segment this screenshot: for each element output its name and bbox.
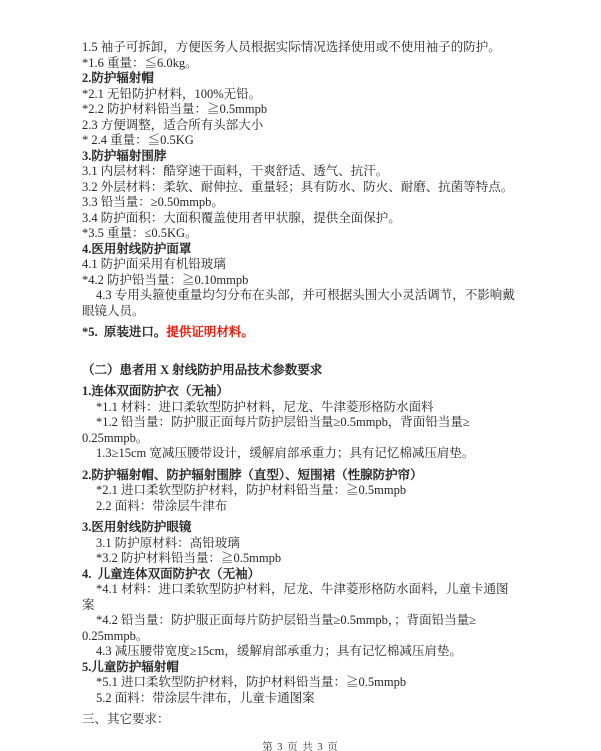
document-line: 3.4 防护面积：大面积覆盖使用者甲状腺，提供全面保护。 <box>82 211 526 227</box>
document-line: 4.3 专用头箍使重量均匀分布在头部，并可根据头围大小灵活调节，不影响戴 <box>82 288 526 304</box>
page-number-text: 第 3 页 共 3 页 <box>262 742 339 751</box>
document-line: *4.2 防护铅当量：≧0.10mmpb <box>82 273 526 289</box>
document-page: 1.5 袖子可拆卸，方便医务人员根据实际情况选择使用或不使用袖子的防护。*1.6… <box>0 0 601 751</box>
text-segment: 3.1 防护原材料：高铅玻璃 <box>96 536 240 550</box>
section-heading: 2.防护辐射帽、防护辐射围脖（直型）、短围裙（性腺防护帘） <box>82 468 526 484</box>
text-segment: 5.2 面料：带涂层牛津布，儿童卡通图案 <box>96 691 315 705</box>
text-segment: （二）患者用 X 射线防护用品技术参数要求 <box>82 363 322 377</box>
text-segment: 2.防护辐射帽 <box>82 71 154 85</box>
page-footer: 第 3 页 共 3 页 <box>0 741 601 751</box>
document-line: 案 <box>82 598 526 614</box>
document-line: *2.1 无铅防护材料，100%无铅。 <box>82 87 526 103</box>
text-segment: 4.3 专用头箍使重量均匀分布在头部，并可根据头围大小灵活调节，不影响戴 <box>96 288 515 302</box>
text-segment: 3.3 铅当量：≥0.50mmpb。 <box>82 195 224 209</box>
text-segment: 5.儿童防护辐射帽 <box>82 660 179 674</box>
text-segment: *4.2 防护铅当量：≧0.10mmpb <box>82 273 248 287</box>
text-segment: *3.2 防护材料铅当量：≧0.5mmpb <box>96 551 281 565</box>
text-segment: *4.1 材料：进口柔软型防护材料，尼龙、牛津菱形格防水面料，儿童卡通图 <box>96 582 509 596</box>
text-segment: *2.1 无铅防护材料，100%无铅。 <box>82 87 261 101</box>
document-line: 三、其它要求： <box>82 712 526 728</box>
document-line: *4.1 材料：进口柔软型防护材料，尼龙、牛津菱形格防水面料，儿童卡通图 <box>82 582 526 598</box>
text-segment: *1.1 材料：进口柔软型防护材料，尼龙、牛津菱形格防水面料 <box>96 400 434 414</box>
text-segment: 1.3≥15cm 宽减压腰带设计，缓解肩部承重力；具有记忆棉减压肩垫。 <box>96 446 474 460</box>
text-segment: 3.2 外层材料：柔软、耐伸拉、重量轻；具有防水、防火、耐磨、抗菌等特点。 <box>82 180 513 194</box>
document-line: 2.2 面料：带涂层牛津布 <box>82 499 526 515</box>
section-heading: 4.医用射线防护面罩 <box>82 242 526 258</box>
section-heading: 5.儿童防护辐射帽 <box>82 660 526 676</box>
document-line: 0.25mmpb。 <box>82 629 526 645</box>
document-line: *4.2 铅当量：防护服正面每片防护层铅当量≥0.5mmpb，；背面铅当量≥ <box>82 613 526 629</box>
text-segment: *2.2 防护材料铅当量：≧0.5mmpb <box>82 102 267 116</box>
text-segment: 3.防护辐射围脖 <box>82 149 166 163</box>
highlight-red-text: 提供证明材料。 <box>166 325 254 339</box>
document-line: 3.1 内层材料：酷穿速干面料，干爽舒适、透气、抗汗。 <box>82 164 526 180</box>
section-heading: 4. 儿童连体双面防护衣（无袖） <box>82 567 526 583</box>
document-line: *5.1 进口柔软型防护材料，防护材料铅当量：≧0.5mmpb <box>82 675 526 691</box>
text-segment: *4.2 铅当量：防护服正面每片防护层铅当量≥0.5mmpb，；背面铅当量≥ <box>96 613 476 627</box>
document-line: 眼镜人员。 <box>82 304 526 320</box>
text-segment: *1.6 重量：≦6.0kg。 <box>82 56 198 70</box>
section-heading: 2.防护辐射帽 <box>82 71 526 87</box>
document-line: *1.6 重量：≦6.0kg。 <box>82 56 526 72</box>
document-line: 1.5 袖子可拆卸，方便医务人员根据实际情况选择使用或不使用袖子的防护。 <box>82 40 526 56</box>
document-line: 5.2 面料：带涂层牛津布，儿童卡通图案 <box>82 691 526 707</box>
document-line: 2.3 方便调整，适合所有头部大小 <box>82 118 526 134</box>
text-segment: 4.1 防护面采用有机铅玻璃 <box>82 257 226 271</box>
document-line: *1.1 材料：进口柔软型防护材料，尼龙、牛津菱形格防水面料 <box>82 400 526 416</box>
text-segment: 2.防护辐射帽、防护辐射围脖（直型）、短围裙（性腺防护帘） <box>82 468 423 482</box>
document-line: 3.3 铅当量：≥0.50mmpb。 <box>82 195 526 211</box>
document-line: 3.2 外层材料：柔软、耐伸拉、重量轻；具有防水、防火、耐磨、抗菌等特点。 <box>82 180 526 196</box>
document-line: *1.2 铅当量：防护服正面每片防护层铅当量≥0.5mmpb，背面铅当量≥ <box>82 415 526 431</box>
text-segment: 眼镜人员。 <box>82 304 145 318</box>
text-segment: 0.25mmpb。 <box>82 431 148 445</box>
document-line: *2.1 进口柔软型防护材料，防护材料铅当量：≧0.5mmpb <box>82 483 526 499</box>
text-segment: 案 <box>82 598 95 612</box>
text-segment: 0.25mmpb。 <box>82 629 148 643</box>
text-segment: 3.1 内层材料：酷穿速干面料，干爽舒适、透气、抗汗。 <box>82 164 388 178</box>
section-heading: （二）患者用 X 射线防护用品技术参数要求 <box>82 363 526 379</box>
text-segment: 1.连体双面防护衣（无袖） <box>82 384 229 398</box>
text-segment: *3.5 重量：≤0.5KG。 <box>82 226 198 240</box>
section-heading: 3.防护辐射围脖 <box>82 149 526 165</box>
text-segment: 3.医用射线防护眼镜 <box>82 520 191 534</box>
text-segment: *1.2 铅当量：防护服正面每片防护层铅当量≥0.5mmpb，背面铅当量≥ <box>96 415 470 429</box>
text-segment: 4. 儿童连体双面防护衣（无袖） <box>82 567 260 581</box>
document-line: 4.1 防护面采用有机铅玻璃 <box>82 257 526 273</box>
text-segment: 1.5 袖子可拆卸，方便医务人员根据实际情况选择使用或不使用袖子的防护。 <box>82 40 501 54</box>
text-segment: 2.2 面料：带涂层牛津布 <box>96 499 227 513</box>
document-line: *2.2 防护材料铅当量：≧0.5mmpb <box>82 102 526 118</box>
document-line: 1.3≥15cm 宽减压腰带设计，缓解肩部承重力；具有记忆棉减压肩垫。 <box>82 446 526 462</box>
text-segment: 4.医用射线防护面罩 <box>82 242 191 256</box>
section-heading: *5. 原装进口。提供证明材料。 <box>82 325 526 341</box>
document-line: 4.3 减压腰带宽度≥15cm，缓解肩部承重力；具有记忆棉减压肩垫。 <box>82 644 526 660</box>
text-segment: *2.1 进口柔软型防护材料，防护材料铅当量：≧0.5mmpb <box>96 483 406 497</box>
section-heading: 1.连体双面防护衣（无袖） <box>82 384 526 400</box>
document-line: *3.2 防护材料铅当量：≧0.5mmpb <box>82 551 526 567</box>
text-segment: *5. 原装进口。 <box>82 325 166 339</box>
document-line: 3.1 防护原材料：高铅玻璃 <box>82 536 526 552</box>
document-content: 1.5 袖子可拆卸，方便医务人员根据实际情况选择使用或不使用袖子的防护。*1.6… <box>82 40 526 728</box>
text-segment: 2.3 方便调整，适合所有头部大小 <box>82 118 263 132</box>
document-line: 0.25mmpb。 <box>82 431 526 447</box>
text-segment: * 2.4 重量：≦0.5KG <box>82 133 194 147</box>
document-line: *3.5 重量：≤0.5KG。 <box>82 226 526 242</box>
text-segment: 3.4 防护面积：大面积覆盖使用者甲状腺，提供全面保护。 <box>82 211 401 225</box>
text-segment: 4.3 减压腰带宽度≥15cm，缓解肩部承重力；具有记忆棉减压肩垫。 <box>96 644 462 658</box>
text-segment: 三、其它要求： <box>82 712 170 726</box>
text-segment: *5.1 进口柔软型防护材料，防护材料铅当量：≧0.5mmpb <box>96 675 406 689</box>
document-line: * 2.4 重量：≦0.5KG <box>82 133 526 149</box>
section-heading: 3.医用射线防护眼镜 <box>82 520 526 536</box>
